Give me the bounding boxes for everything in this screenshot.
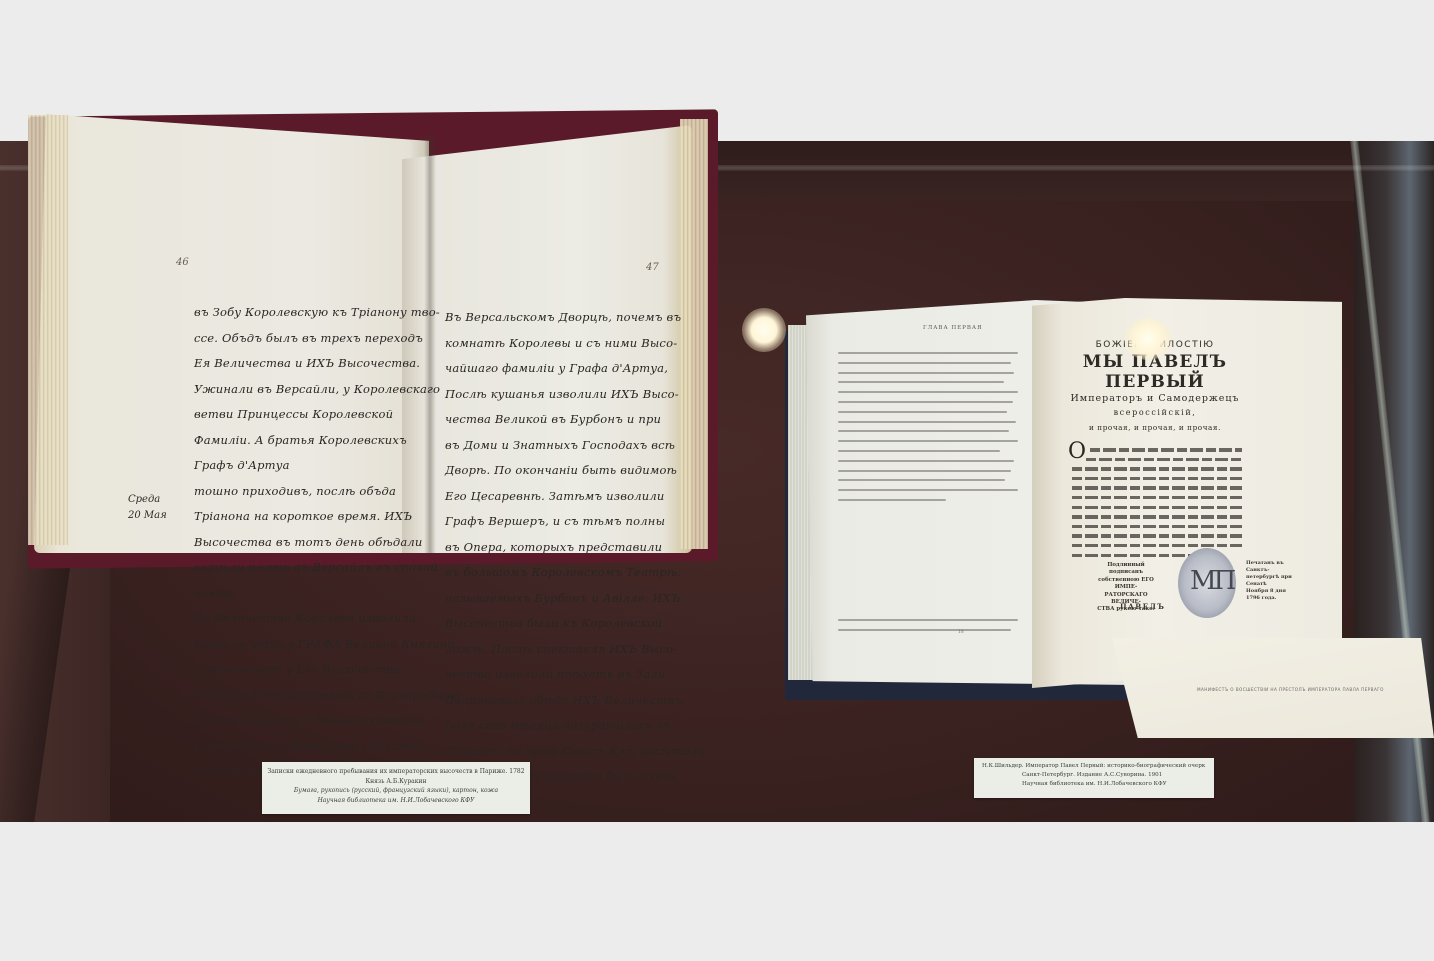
manifesto-line-3: Императоръ и Самодержецъ — [1060, 393, 1250, 404]
handwritten-line: Ужинали въ Версайли, у Королевскаго — [194, 377, 460, 403]
handwritten-line: Высочества были къ Королевской — [445, 611, 705, 637]
seal-side-line: петербургѣ при Сенатѣ — [1246, 574, 1298, 588]
handwritten-line: Ея Величества и ИХЪ Высочества. — [194, 351, 460, 377]
exhibit-label-printed-book: Н.К.Шильдер. Император Павел Первый: ист… — [974, 758, 1214, 798]
manifesto-line-5: и прочая, и прочая, и прочая. — [1060, 423, 1250, 432]
manuscript-page-number-right: 47 — [646, 262, 659, 273]
handwritten-line: Высочества въ тотъ день обѣдали — [194, 530, 460, 556]
manuscript-page-number-left: 46 — [176, 257, 189, 268]
manuscript-right-text: Въ Версальскомъ Дворцѣ, почемъ въ комнат… — [445, 305, 705, 790]
handwritten-line: Сентъ-Клерской и Миледи знатной — [194, 708, 460, 734]
printed-page-body — [838, 348, 1018, 505]
handwritten-line: комнатѣ Королевы и съ ними Высо- — [445, 331, 705, 357]
margin-note-line: Среда — [128, 492, 167, 508]
spotlight-reflection — [742, 308, 786, 352]
seal-side-line: Печатанъ въ Санктъ- — [1246, 560, 1298, 574]
handwritten-line: въ большомъ Королевскомъ Театрѣ, — [445, 560, 705, 586]
manifesto-line-4: всероссійскій, — [1060, 408, 1250, 417]
seal-side-line: Ноября 8 дня 1796 года. — [1246, 588, 1298, 602]
printed-page-number: 18 — [958, 630, 964, 635]
folded-sheet-text: МАНИФЕСТЪ О ВОСШЕСТВІИ НА ПРЕСТОЛЪ ИМПЕР… — [1197, 687, 1384, 692]
handwritten-line: Въ Версальскомъ Дворцѣ, почемъ въ — [445, 305, 705, 331]
handwritten-line: Тріанона на короткое время. ИХЪ — [194, 504, 460, 530]
handwritten-line: ложѣ. Послѣ спектакля ИХЪ Высо- — [445, 637, 705, 663]
handwritten-line: а Монсеньеръ у Его Высочества. — [194, 657, 460, 683]
handwritten-line: Дворянскаго обѣда ИХЪ Величествъ. — [445, 688, 705, 714]
signature-note-line: собственною ЕГО ИМПЕ- — [1096, 577, 1156, 592]
manifesto-body-text — [1072, 445, 1242, 560]
handwritten-line: Послѣ кушанья изволили ИХЪ Высо- — [445, 382, 705, 408]
handwritten-line: Графъ Вершеръ, и съ тѣмъ полны — [445, 509, 705, 535]
handwritten-line: Ея Величество Королева изволила — [194, 606, 460, 632]
handwritten-line: Дворѣ. По окончаніи быть видимоѣ — [445, 458, 705, 484]
handwritten-line: въ Доми и Знатныхъ Господахъ всѣ — [445, 433, 705, 459]
label-materials: Бумага, рукопись (русский, французский я… — [262, 786, 530, 796]
handwritten-line: въ Зобу Королевскую къ Тріанону тво- — [194, 300, 460, 326]
label-collection: Научная библиотека им. Н.И.Лобачевского … — [262, 796, 530, 806]
handwritten-line: ветви Принцессы Королевской — [194, 402, 460, 428]
handwritten-line: Его Цесаревнѣ. Затѣмъ изволили — [445, 484, 705, 510]
handwritten-line: быть по утру у ГРАФА Великой Княгини — [194, 632, 460, 658]
handwritten-line: Сервіетской и Вѣжливой областей - — [194, 734, 460, 760]
label-publication: Санкт-Петербург. Издание А.С.Суворина. 1… — [974, 771, 1214, 780]
spotlight-reflection — [1124, 318, 1172, 360]
manuscript-left-text: въ Зобу Королевскую къ Тріанону тво- ссе… — [194, 300, 460, 785]
label-title: Император Павел Первый: историко-биограф… — [1025, 763, 1205, 769]
printed-page-footnote — [838, 615, 1018, 635]
margin-note-line: 20 Мая — [128, 508, 167, 524]
manuscript-left-page-edges — [28, 115, 68, 545]
handwritten-line: чества Великой въ Бурбонъ и при — [445, 407, 705, 433]
manuscript-margin-note: Среда 20 Мая — [128, 492, 167, 524]
handwritten-line: Іюля сего мѣсяца возвратились въ — [445, 713, 705, 739]
handwritten-line: ссе. Объдъ былъ въ трехъ переходъ — [194, 326, 460, 352]
label-collection: Научная библиотека им. Н.И.Лобачевского … — [974, 780, 1214, 789]
printed-page-header: ГЛАВА ПЕРВАЯ — [923, 325, 983, 331]
signature-note-line: Подлинный подписанъ — [1096, 562, 1156, 577]
handwritten-line: Фамиліи. А братья Королевскихъ — [194, 428, 460, 454]
seal-side-text: Печатанъ въ Санктъ- петербургѣ при Сенат… — [1246, 560, 1298, 602]
handwritten-line: хотѣли ѣхать въ Версайлъ въ спокой — [194, 555, 460, 581]
handwritten-line: Потомъ ПРИ Цесаревнѣ съ Блогородною — [194, 683, 460, 709]
exhibit-label-manuscript: Записки ежедневного пребывания их импера… — [262, 762, 530, 814]
handwritten-line: Парижъ, по пути Сентъ-Клѣ посѣтилъ — [445, 739, 705, 765]
handwritten-line: называемыхъ Бурбонъ и Авілле. ИХЪ — [445, 586, 705, 612]
handwritten-line: Графъ д'Артуа — [194, 453, 460, 479]
label-author: Н.К.Шильдер. — [982, 763, 1024, 769]
handwritten-line: покоѣ. — [194, 581, 460, 607]
label-title: Записки ежедневного пребывания их импера… — [262, 767, 530, 777]
signature-name: ПАВЕЛЪ — [1120, 602, 1165, 611]
seal-monogram: МП — [1190, 566, 1233, 596]
handwritten-line: чайшаго фамиліи у Графа д'Артуа, — [445, 356, 705, 382]
handwritten-line: чества изволили поѣхать въ Зали — [445, 662, 705, 688]
handwritten-line: тошно приходивъ, послѣ объда — [194, 479, 460, 505]
label-author: Князь А.Б.Куракин — [262, 777, 530, 787]
bottom-background-band — [0, 822, 1434, 961]
handwritten-line: въ Опера, которыхъ представили — [445, 535, 705, 561]
